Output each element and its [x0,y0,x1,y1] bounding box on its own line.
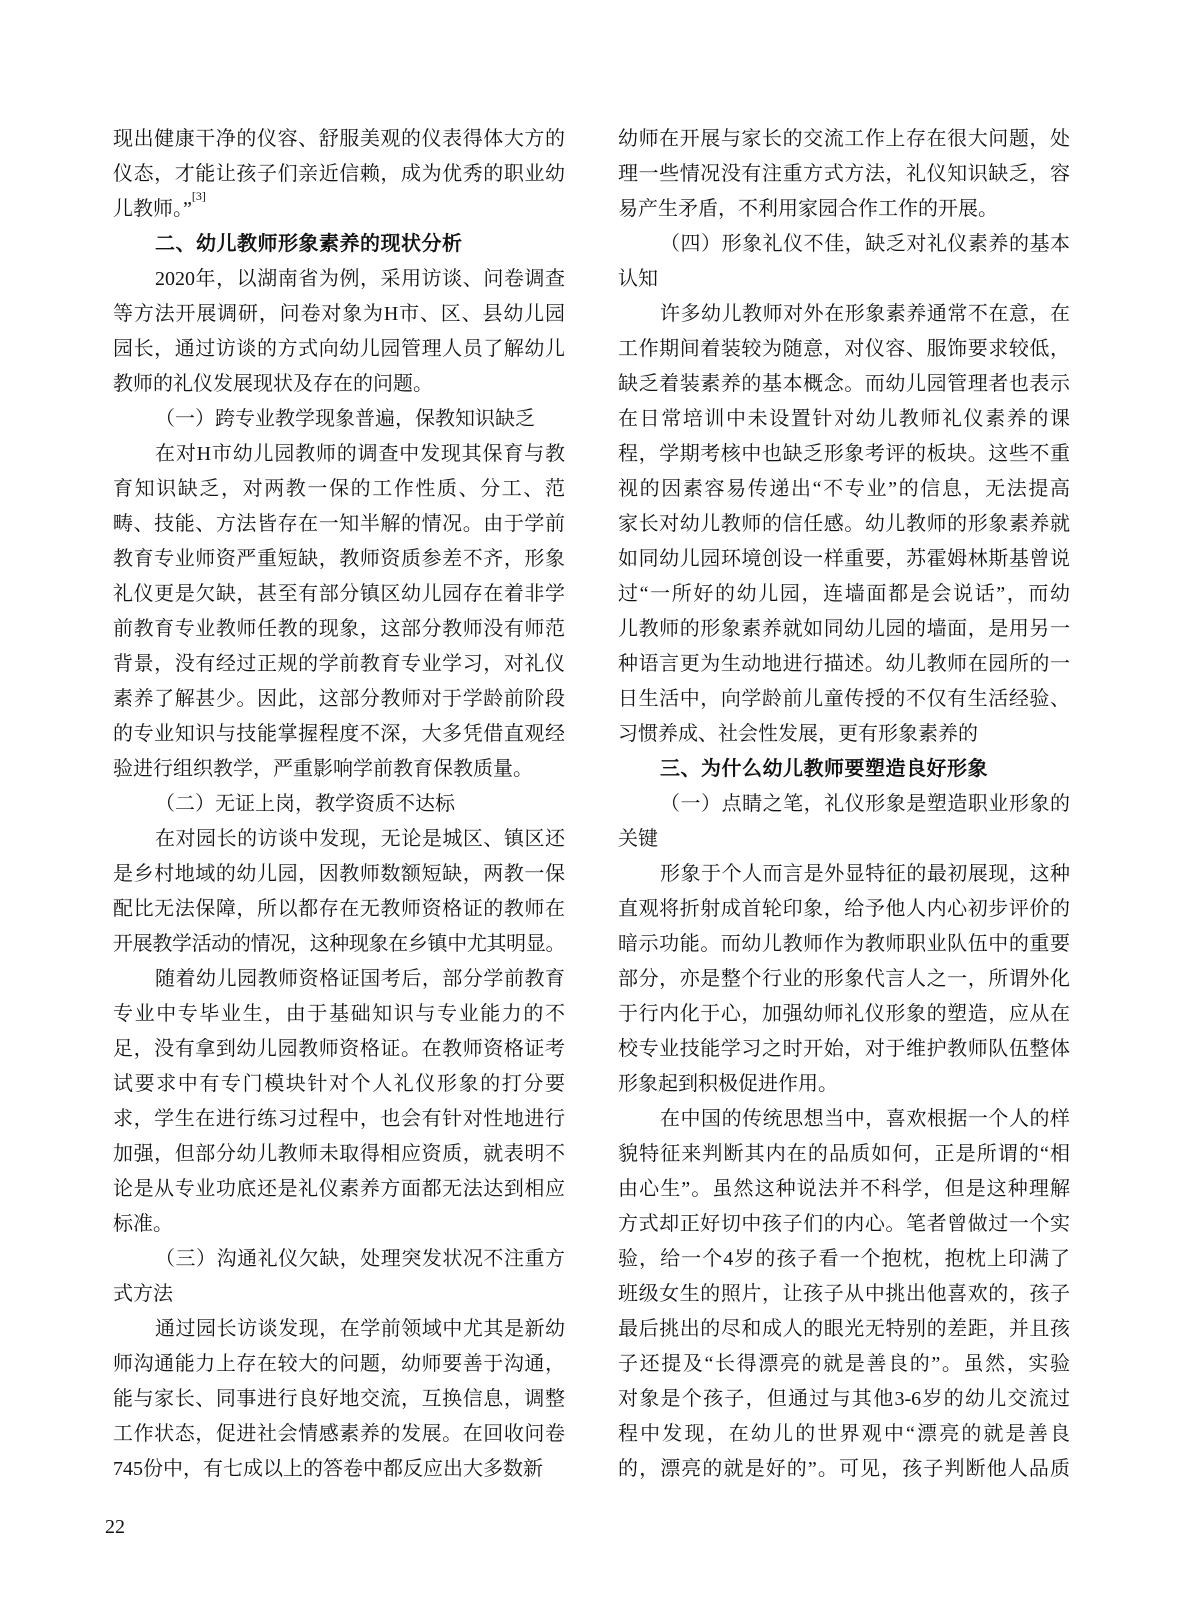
document-page: 现出健康干净的仪容、舒服美观的仪表得体大方的仪态，才能让孩子们亲近信赖，成为优秀… [0,0,1191,1616]
subsection-heading: （一）点睛之笔，礼仪形象是塑造职业形象的 [618,787,1070,822]
text-line: 工作状态，促进社会情感素养的发展。在回收问卷 [113,1417,565,1452]
text-line: 视的因素容易传递出“不专业”的信息，无法提高 [618,472,1070,507]
text-line: 如同幼儿园环境创设一样重要，苏霍姆林斯基曾说 [618,542,1070,577]
text-line: 在对H市幼儿园教师的调查中发现其保育与教 [113,437,565,472]
text-line: 素养了解甚少。因此，这部分教师对于学龄前阶段 [113,682,565,717]
text-line: 过“一所好的幼儿园，连墙面都是会说话”，而幼 [618,577,1070,612]
subsection-heading: （一）跨专业教学现象普遍，保教知识缺乏 [113,402,565,437]
subsection-heading: （三）沟通礼仪欠缺，处理突发状况不注重方 [113,1242,565,1277]
text-line: 等方法开展调研，问卷对象为H市、区、县幼儿园 [113,297,565,332]
text-line: 通过园长访谈发现，在学前领域中尤其是新幼 [113,1312,565,1347]
text-line: 是乡村地域的幼儿园，因教师数额短缺，两教一保 [113,857,565,892]
text-line: 求，学生在进行练习过程中，也会有针对性地进行 [113,1102,565,1137]
text-line: 园长，通过访谈的方式向幼儿园管理人员了解幼儿 [113,332,565,367]
text-line: 家长对幼儿教师的信任感。幼儿教师的形象素养就 [618,507,1070,542]
text-line: 配比无法保障，所以都存在无教师资格证的教师在 [113,892,565,927]
section-heading: 三、为什么幼儿教师要塑造良好形象 [618,752,1070,787]
text-line: 礼仪更是欠缺，甚至有部分镇区幼儿园存在着非学 [113,577,565,612]
text-line: 教师的礼仪发展现状及存在的问题。 [113,367,565,402]
text-line: 最后挑出的尽和成人的眼光无特别的差距，并且孩 [618,1312,1070,1347]
text-line: 2020年，以湖南省为例，采用访谈、问卷调查 [113,262,565,297]
text-line: 能与家长、同事进行良好地交流，互换信息，调整 [113,1382,565,1417]
text-line: 认知 [618,262,1070,297]
text-line: 理一些情况没有注重方式方法，礼仪知识缺乏，容 [618,157,1070,192]
text-line: 式方法 [113,1277,565,1312]
page-number: 22 [105,1511,125,1544]
text-line: 的专业知识与技能掌握程度不深，大多凭借直观经 [113,717,565,752]
text-line: 校专业技能学习之时开始，对于维护教师队伍整体 [618,1032,1070,1067]
text-line: 貌特征来判断其内在的品质如何，正是所谓的“相 [618,1137,1070,1172]
text-line: 仪态，才能让孩子们亲近信赖，成为优秀的职业幼 [113,157,565,192]
text-line: 种语言更为生动地进行描述。幼儿教师在园所的一 [618,647,1070,682]
text-line: 儿教师的形象素养就如同幼儿园的墙面，是用另一 [618,612,1070,647]
text-line: 育知识缺乏，对两教一保的工作性质、分工、范 [113,472,565,507]
text-line: 缺乏着装素养的基本概念。而幼儿园管理者也表示 [618,367,1070,402]
text-line: 验，给一个4岁的孩子看一个抱枕，抱枕上印满了 [618,1242,1070,1277]
text-line: 现出健康干净的仪容、舒服美观的仪表得体大方的 [113,122,565,157]
text-line: 程中发现，在幼儿的世界观中“漂亮的就是善良 [618,1417,1070,1452]
text-line: 验进行组织教学，严重影响学前教育保教质量。 [113,752,565,787]
text-line: 745份中，有七成以上的答卷中都反应出大多数新 [113,1452,565,1487]
text-line: 标准。 [113,1207,565,1242]
text-line: 形象起到积极促进作用。 [618,1067,1070,1102]
footnote-reference: [3] [192,189,206,203]
text-line: 程，学期考核中也缺乏形象考评的板块。这些不重 [618,437,1070,472]
left-column: 现出健康干净的仪容、舒服美观的仪表得体大方的仪态，才能让孩子们亲近信赖，成为优秀… [113,122,565,1487]
text-line: 易产生矛盾，不利用家园合作工作的开展。 [618,192,1070,227]
text-line: 背景，没有经过正规的学前教育专业学习，对礼仪 [113,647,565,682]
subsection-heading: （二）无证上岗，教学资质不达标 [113,787,565,822]
text-line: 在对园长的访谈中发现，无论是城区、镇区还 [113,822,565,857]
text-line: 关键 [618,822,1070,857]
text-line: 于行内化于心，加强幼师礼仪形象的塑造，应从在 [618,997,1070,1032]
text-line: 直观将折射成首轮印象，给予他人内心初步评价的 [618,892,1070,927]
text-line: 开展教学活动的情况，这种现象在乡镇中尤其明显。 [113,927,565,962]
text-line: 足，没有拿到幼儿园教师资格证。在教师资格证考 [113,1032,565,1067]
text-line: 工作期间着装较为随意，对仪容、服饰要求较低， [618,332,1070,367]
text-line: 加强，但部分幼儿教师未取得相应资质，就表明不 [113,1137,565,1172]
text-line: 畴、技能、方法皆存在一知半解的情况。由于学前 [113,507,565,542]
text-line: 方式却正好切中孩子们的内心。笔者曾做过一个实 [618,1207,1070,1242]
text-line: 随着幼儿园教师资格证国考后，部分学前教育 [113,962,565,997]
text-line: 形象于个人而言是外显特征的最初展现，这种 [618,857,1070,892]
text-line: 日生活中，向学龄前儿童传授的不仅有生活经验、 [618,682,1070,717]
text-line: 子还提及“长得漂亮的就是善良的”。虽然，实验 [618,1347,1070,1382]
right-column: 幼师在开展与家长的交流工作上存在很大问题，处理一些情况没有注重方式方法，礼仪知识… [618,122,1070,1487]
text-line: 幼师在开展与家长的交流工作上存在很大问题，处 [618,122,1070,157]
text-line: 专业中专毕业生，由于基础知识与专业能力的不 [113,997,565,1032]
text-line: 在中国的传统思想当中，喜欢根据一个人的样 [618,1102,1070,1137]
text-line: 师沟通能力上存在较大的问题，幼师要善于沟通， [113,1347,565,1382]
text-line: 许多幼儿教师对外在形象素养通常不在意，在 [618,297,1070,332]
text-line: 论是从专业功底还是礼仪素养方面都无法达到相应 [113,1172,565,1207]
text-line: 的，漂亮的就是好的”。可见，孩子判断他人品质 [618,1452,1070,1487]
text-line: 部分，亦是整个行业的形象代言人之一，所谓外化 [618,962,1070,997]
subsection-heading: （四）形象礼仪不佳，缺乏对礼仪素养的基本 [618,227,1070,262]
text-line: 暗示功能。而幼儿教师作为教师职业队伍中的重要 [618,927,1070,962]
text-line: 由心生”。虽然这种说法并不科学，但是这种理解 [618,1172,1070,1207]
text-line: 试要求中有专门模块针对个人礼仪形象的打分要 [113,1067,565,1102]
section-heading: 二、幼儿教师形象素养的现状分析 [113,227,565,262]
text-line: 班级女生的照片，让孩子从中挑出他喜欢的，孩子 [618,1277,1070,1312]
text-line: 在日常培训中未设置针对幼儿教师礼仪素养的课 [618,402,1070,437]
text-line: 对象是个孩子，但通过与其他3-6岁的幼儿交流过 [618,1382,1070,1417]
text-line: 儿教师。”[3] [113,192,565,227]
text-line: 习惯养成、社会性发展，更有形象素养的 [618,717,1070,752]
text-line: 教育专业师资严重短缺，教师资质参差不齐，形象 [113,542,565,577]
text-line: 前教育专业教师任教的现象，这部分教师没有师范 [113,612,565,647]
